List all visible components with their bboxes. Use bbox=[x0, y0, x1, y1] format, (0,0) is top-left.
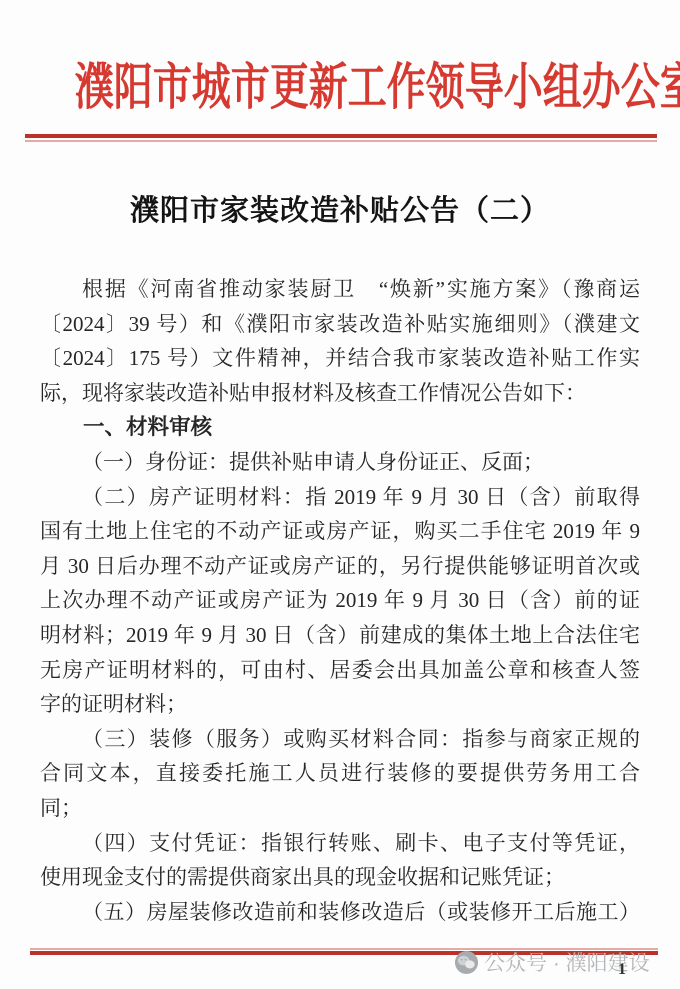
header-divider-dark bbox=[25, 134, 657, 138]
body-line: 明材料；2019 年 9 月 30 日（含）前建成的集体土地上合法住宅 bbox=[40, 618, 640, 653]
body-line: （二）房产证明材料：指 2019 年 9 月 30 日（含）前取得 bbox=[40, 480, 640, 515]
body-line: 〔2024〕175 号）文件精神，并结合我市家装改造补贴工作实 bbox=[40, 341, 640, 376]
body-line: 字的证明材料； bbox=[40, 687, 640, 722]
header-divider-light bbox=[25, 140, 657, 142]
body-line: 无房产证明材料的，可由村、居委会出具加盖公章和核查人签 bbox=[40, 653, 640, 688]
section-heading: 一、材料审核 bbox=[40, 410, 640, 445]
body-line: （一）身份证：提供补贴申请人身份证正、反面； bbox=[40, 445, 640, 480]
body-line: 同； bbox=[40, 791, 640, 826]
body-line: 国有土地上住宅的不动产证或房产证，购买二手住宅 2019 年 9 bbox=[40, 514, 640, 549]
body-line: 根据《河南省推动家装厨卫 “焕新”实施方案》（豫商运 bbox=[40, 272, 640, 307]
body-line: （四）支付凭证：指银行转账、刷卡、电子支付等凭证， bbox=[40, 826, 640, 861]
body-line: （五）房屋装修改造前和装修改造后（或装修开工后施工） bbox=[40, 895, 640, 930]
letterhead-org-title: 濮阳市城市更新工作领导小组办公室 bbox=[75, 52, 605, 122]
body-line: 使用现金支付的需提供商家出具的现金收据和记账凭证； bbox=[40, 860, 640, 895]
document-body: 根据《河南省推动家装厨卫 “焕新”实施方案》（豫商运 〔2024〕39 号）和《… bbox=[40, 272, 640, 929]
body-line: 上次办理不动产证或房产证为 2019 年 9 月 30 日（含）前的证 bbox=[40, 583, 640, 618]
page-number: 1 bbox=[618, 961, 626, 979]
document-title: 濮阳市家装改造补贴公告（二） bbox=[0, 188, 680, 229]
body-line: 合同文本，直接委托施工人员进行装修的要提供劳务用工合 bbox=[40, 756, 640, 791]
body-line: 〔2024〕39 号）和《濮阳市家装改造补贴实施细则》（濮建文 bbox=[40, 307, 640, 342]
body-line: 月 30 日后办理不动产证或房产证的，另行提供能够证明首次或 bbox=[40, 549, 640, 584]
body-line: （三）装修（服务）或购买材料合同：指参与商家正规的 bbox=[40, 722, 640, 757]
body-line: 际，现将家装改造补贴申报材料及核查工作情况公告如下： bbox=[40, 376, 640, 411]
wechat-icon bbox=[454, 950, 479, 975]
document-page: 濮阳市城市更新工作领导小组办公室 濮阳市家装改造补贴公告（二） 根据《河南省推动… bbox=[0, 0, 680, 989]
